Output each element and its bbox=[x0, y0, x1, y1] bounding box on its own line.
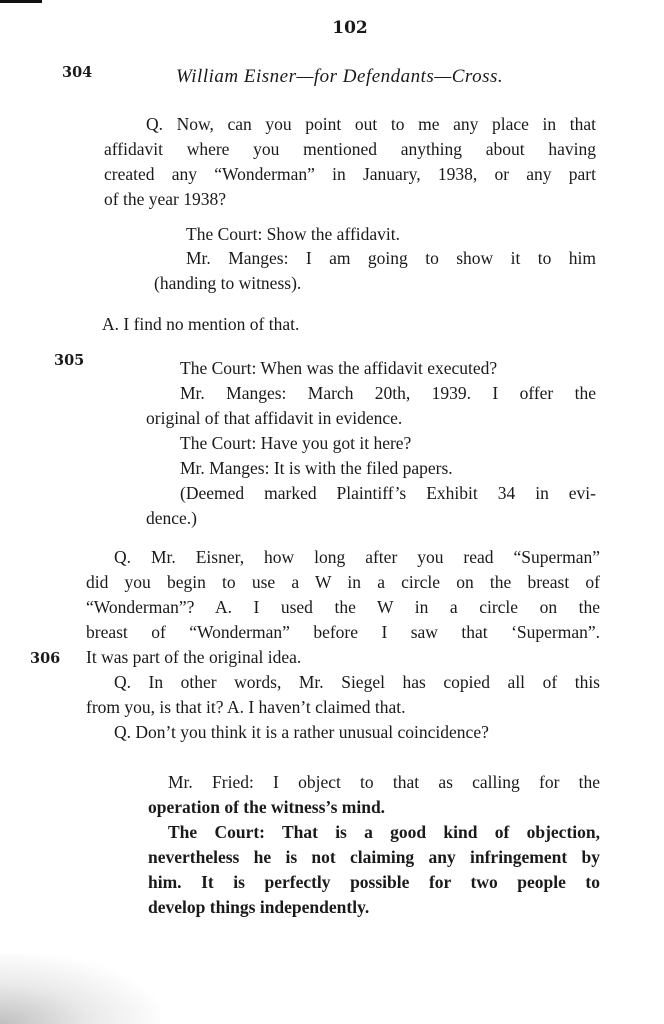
text-line: him. It is perfectly possible for two pe… bbox=[148, 870, 600, 895]
text-line: Q. Now, can you point out to me any plac… bbox=[104, 112, 596, 137]
text-line: of the year 1938? bbox=[104, 187, 596, 212]
scan-noise-artifact bbox=[0, 954, 160, 1024]
text-line: created any “Wonderman” in January, 1938… bbox=[104, 162, 596, 187]
text-line: breast of “Wonderman” before I saw that … bbox=[86, 620, 600, 645]
court-show-affidavit: The Court: Show the affidavit. bbox=[154, 222, 596, 247]
page-number: 102 bbox=[0, 18, 664, 38]
text-line: A. I find no mention of that. bbox=[102, 312, 596, 337]
manges-offer-evidence: Mr. Manges: March 20th, 1939. I offer th… bbox=[146, 381, 596, 431]
text-line: dence.) bbox=[146, 506, 596, 531]
text-line: did you begin to use a W in a circle on … bbox=[86, 570, 600, 595]
margin-number-304: 304 bbox=[62, 64, 92, 81]
court-ruling: The Court: That is a good kind of object… bbox=[148, 820, 600, 920]
text-line: develop things independently. bbox=[148, 895, 600, 920]
text-line: affidavit where you mentioned anything a… bbox=[104, 137, 596, 162]
text-line: Mr. Fried: I object to that as calling f… bbox=[148, 770, 600, 795]
text-line: Mr. Manges: It is with the filed papers. bbox=[146, 456, 596, 481]
question-siegel-copied: Q. In other words, Mr. Siegel has copied… bbox=[86, 670, 600, 720]
text-line: It was part of the original idea. bbox=[86, 645, 600, 670]
text-line: original of that affidavit in evidence. bbox=[146, 406, 596, 431]
text-line: The Court: Have you got it here? bbox=[146, 431, 596, 456]
text-line: operation of the witness’s mind. bbox=[148, 795, 600, 820]
court-got-it-here: The Court: Have you got it here? bbox=[146, 431, 596, 456]
question-w-in-circle: Q. Mr. Eisner, how long after you read “… bbox=[86, 545, 600, 670]
scan-edge-mark bbox=[0, 0, 42, 3]
text-line: Mr. Manges: I am going to show it to him bbox=[154, 246, 596, 271]
court-when-executed: The Court: When was the affidavit execut… bbox=[146, 356, 596, 381]
text-line: Q. Mr. Eisner, how long after you read “… bbox=[86, 545, 600, 570]
text-line: (Deemed marked Plaintiff’s Exhibit 34 in… bbox=[146, 481, 596, 506]
margin-number-306: 306 bbox=[30, 650, 60, 667]
question-coincidence: Q. Don’t you think it is a rather unusua… bbox=[86, 720, 600, 745]
text-line: Mr. Manges: March 20th, 1939. I offer th… bbox=[146, 381, 596, 406]
text-line: nevertheless he is not claiming any infr… bbox=[148, 845, 600, 870]
text-line: “Wonderman”? A. I used the W in a circle… bbox=[86, 595, 600, 620]
manges-show-witness: Mr. Manges: I am going to show it to him… bbox=[154, 246, 596, 296]
text-line: Q. Don’t you think it is a rather unusua… bbox=[86, 720, 600, 745]
text-line: The Court: When was the affidavit execut… bbox=[146, 356, 596, 381]
margin-number-305: 305 bbox=[54, 352, 84, 369]
fried-objection: Mr. Fried: I object to that as calling f… bbox=[148, 770, 600, 820]
running-head: William Eisner—for Defendants—Cross. bbox=[176, 66, 503, 88]
text-line: The Court: That is a good kind of object… bbox=[148, 820, 600, 845]
question-affidavit-mention: Q. Now, can you point out to me any plac… bbox=[104, 112, 596, 212]
answer-no-mention: A. I find no mention of that. bbox=[102, 312, 596, 337]
exhibit-note: (Deemed marked Plaintiff’s Exhibit 34 in… bbox=[146, 481, 596, 531]
manges-filed-papers: Mr. Manges: It is with the filed papers. bbox=[146, 456, 596, 481]
text-line: The Court: Show the affidavit. bbox=[154, 222, 596, 247]
text-line: Q. In other words, Mr. Siegel has copied… bbox=[86, 670, 600, 695]
text-line: (handing to witness). bbox=[154, 271, 596, 296]
text-line: from you, is that it? A. I haven’t claim… bbox=[86, 695, 600, 720]
